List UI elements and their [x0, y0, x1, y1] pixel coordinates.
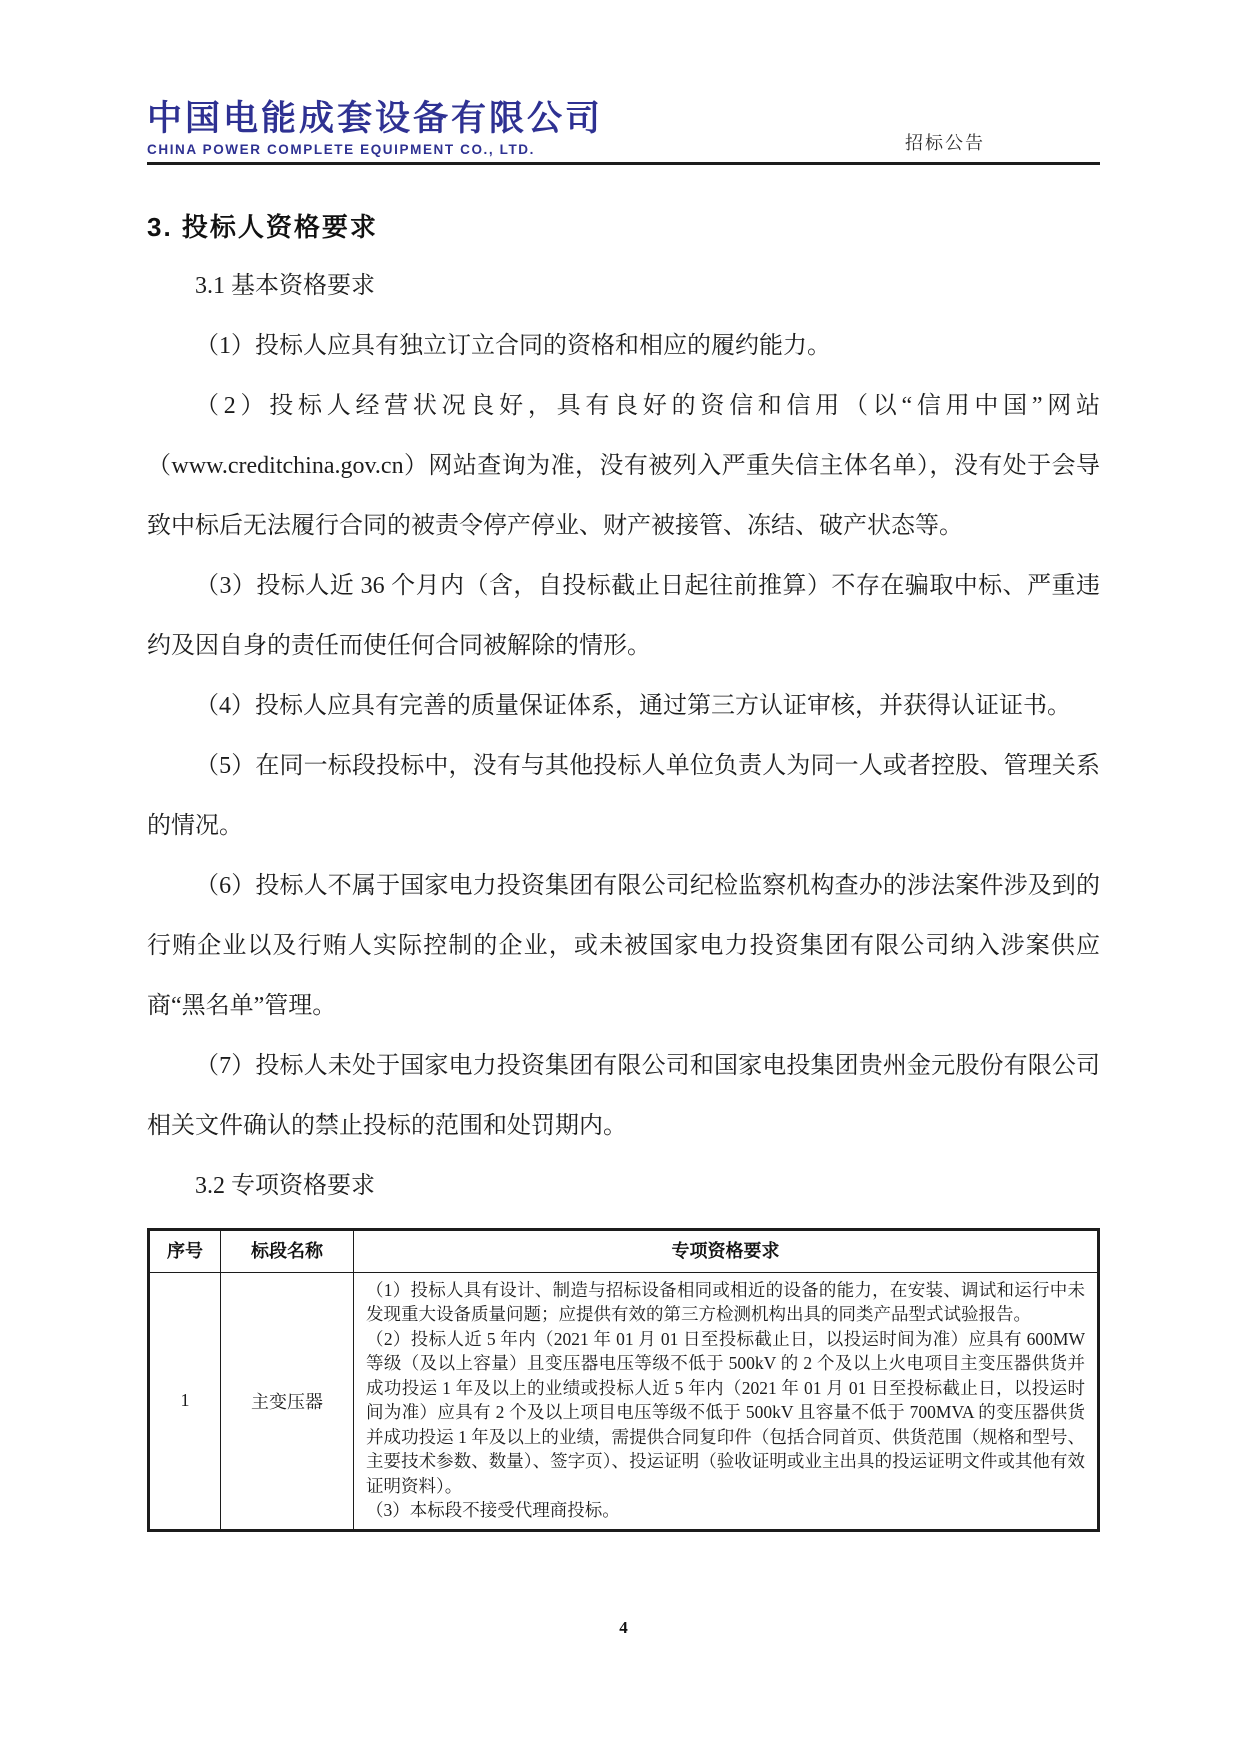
requirement-item-4: （4）投标人应具有完善的质量保证体系，通过第三方认证审核，并获得认证证书。 — [147, 676, 1100, 736]
requirement-item-3: （3）投标人近 36 个月内（含，自投标截止日起往前推算）不存在骗取中标、严重违… — [147, 556, 1100, 676]
company-logo: 中国电能成套设备有限公司 CHINA POWER COMPLETE EQUIPM… — [147, 100, 603, 157]
table-row: 1 主变压器 （1）投标人具有设计、制造与招标设备相同或相近的设备的能力，在安装… — [149, 1272, 1099, 1530]
basic-qualifications: 3.1 基本资格要求 （1）投标人应具有独立订立合同的资格和相应的履约能力。 （… — [147, 256, 1100, 1216]
requirement-item-1: （1）投标人应具有独立订立合同的资格和相应的履约能力。 — [147, 316, 1100, 376]
requirement-item-7: （7）投标人未处于国家电力投资集团有限公司和国家电投集团贵州金元股份有限公司相关… — [147, 1036, 1100, 1156]
document-page: 中国电能成套设备有限公司 CHINA POWER COMPLETE EQUIPM… — [0, 0, 1240, 1753]
company-name-cn: 中国电能成套设备有限公司 — [147, 100, 603, 139]
page-header: 中国电能成套设备有限公司 CHINA POWER COMPLETE EQUIPM… — [147, 100, 1100, 165]
requirement-item-5: （5）在同一标段投标中，没有与其他投标人单位负责人为同一人或者控股、管理关系的情… — [147, 736, 1100, 856]
cell-requirements: （1）投标人具有设计、制造与招标设备相同或相近的设备的能力，在安装、调试和运行中… — [354, 1272, 1099, 1530]
qualification-table: 序号 标段名称 专项资格要求 1 主变压器 （1）投标人具有设计、制造与招标设备… — [147, 1228, 1100, 1532]
cell-section-name: 主变压器 — [221, 1272, 354, 1530]
page-number: 4 — [147, 1618, 1100, 1638]
page-footer: 4 — [147, 1618, 1100, 1638]
header-divider — [147, 162, 1100, 165]
requirement-item-2: （2）投标人经营状况良好，具有良好的资信和信用（以“信用中国”网站（www.cr… — [147, 376, 1100, 556]
table-header-section-name: 标段名称 — [221, 1229, 354, 1272]
requirement-item-6: （6）投标人不属于国家电力投资集团有限公司纪检监察机构查办的涉法案件涉及到的行贿… — [147, 856, 1100, 1036]
table-header-row: 序号 标段名称 专项资格要求 — [149, 1229, 1099, 1272]
doc-type-label: 招标公告 — [905, 129, 1100, 157]
company-name-en: CHINA POWER COMPLETE EQUIPMENT CO., LTD. — [147, 142, 603, 157]
requirement-paragraph-2: （2）投标人近 5 年内（2021 年 01 月 01 日至投标截止日，以投运时… — [366, 1327, 1085, 1499]
section-heading: 3. 投标人资格要求 — [147, 207, 1100, 244]
table-header-requirements: 专项资格要求 — [354, 1229, 1099, 1272]
table-header-no: 序号 — [149, 1229, 221, 1272]
cell-no: 1 — [149, 1272, 221, 1530]
subsection-heading-basic: 3.1 基本资格要求 — [147, 256, 1100, 316]
subsection-heading-special: 3.2 专项资格要求 — [147, 1156, 1100, 1216]
document-body: 3. 投标人资格要求 3.1 基本资格要求 （1）投标人应具有独立订立合同的资格… — [147, 207, 1100, 1532]
requirement-paragraph-1: （1）投标人具有设计、制造与招标设备相同或相近的设备的能力，在安装、调试和运行中… — [366, 1278, 1085, 1327]
requirement-paragraph-3: （3）本标段不接受代理商投标。 — [366, 1498, 1085, 1523]
